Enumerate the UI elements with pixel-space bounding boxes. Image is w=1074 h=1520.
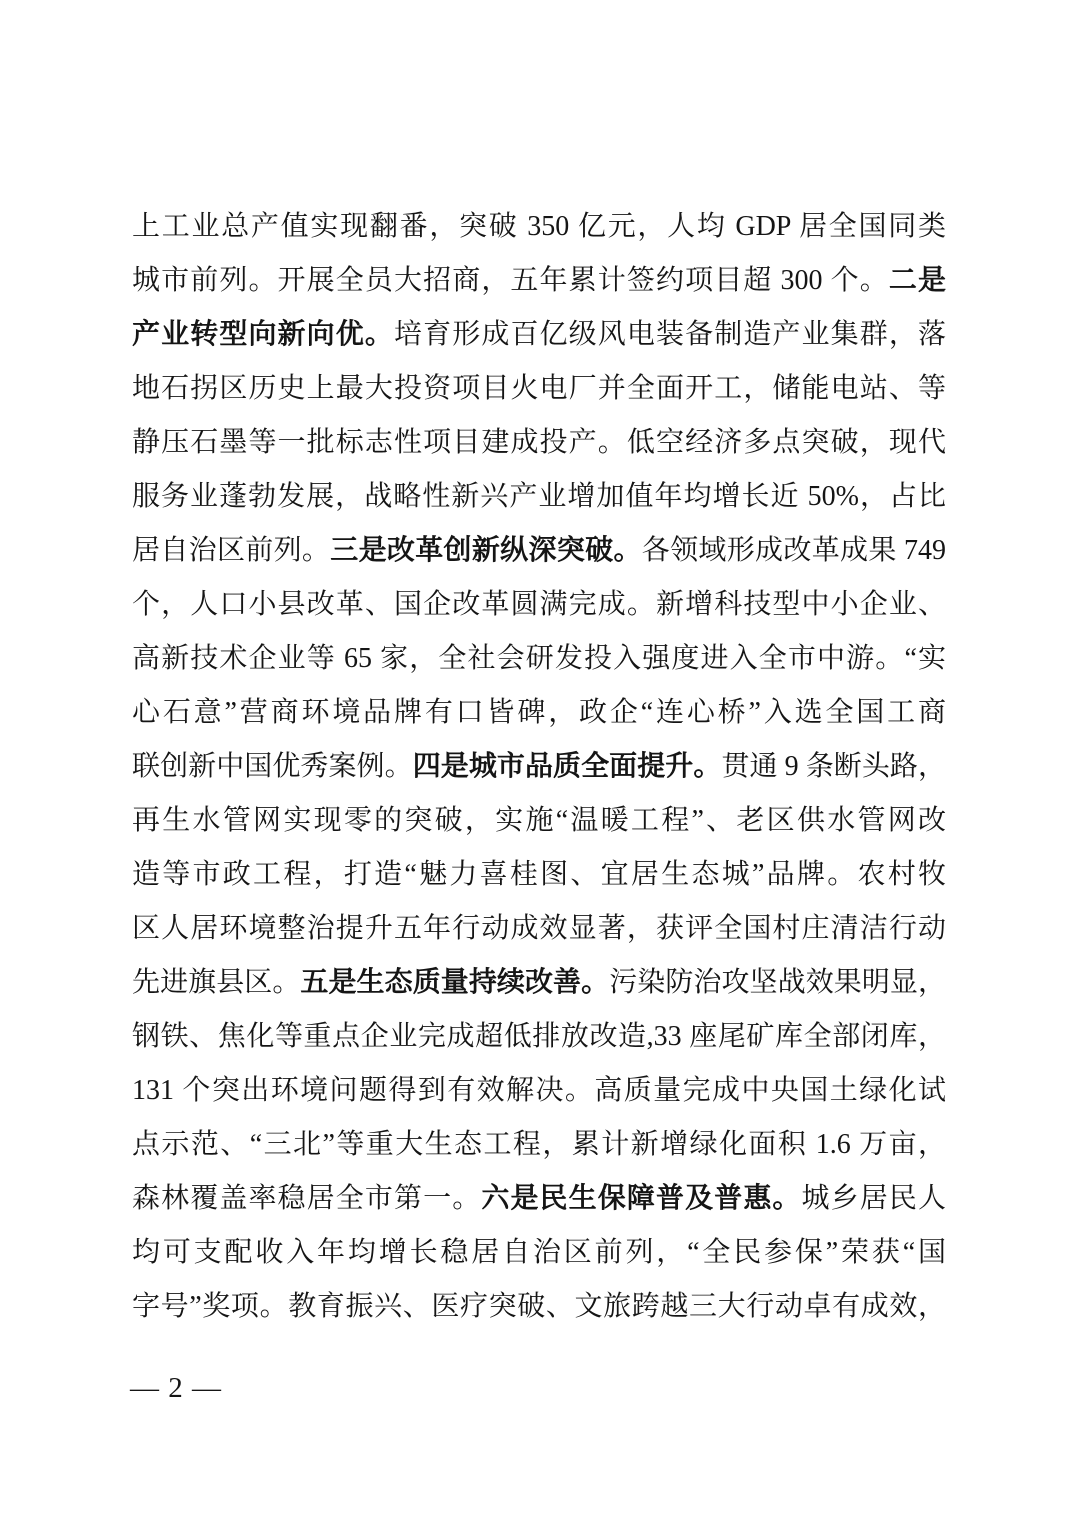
body-text: 均可支配收入年均增长稳居自治区前列，“全民参保”荣获“国 <box>132 1237 946 1268</box>
text-line: 高新技术企业等 65 家，全社会研发投入强度进入全市中游。“实 <box>132 632 946 686</box>
emphasis-text: 三是改革创新纵深突破。 <box>330 535 642 566</box>
text-line: 上工业总产值实现翻番，突破 350 亿元，人均 GDP 居全国同类 <box>132 200 946 254</box>
emphasis-text: 二是 <box>889 265 946 296</box>
body-text: 区人居环境整治提升五年行动成效显著，获评全国村庄清洁行动 <box>132 913 946 944</box>
text-line: 森林覆盖率稳居全市第一。六是民生保障普及普惠。城乡居民人 <box>132 1172 946 1226</box>
body-text: 居自治区前列。 <box>132 535 330 566</box>
text-line: 字号”奖项。教育振兴、医疗突破、文旅跨越三大行动卓有成效， <box>132 1280 946 1334</box>
text-line: 钢铁、焦化等重点企业完成超低排放改造,33 座尾矿库全部闭库， <box>132 1010 946 1064</box>
body-text: 造等市政工程，打造“魅力喜桂图、宜居生态城”品牌。农村牧 <box>132 859 946 890</box>
emphasis-text: 五是生态质量持续改善。 <box>300 967 609 998</box>
emphasis-text: 六是民生保障普及普惠。 <box>481 1183 801 1214</box>
text-line: 产业转型向新向优。培育形成百亿级风电装备制造产业集群，落 <box>132 308 946 362</box>
emphasis-text: 四是城市品质全面提升。 <box>413 751 722 782</box>
text-line: 点示范、“三北”等重大生态工程，累计新增绿化面积 1.6 万亩， <box>132 1118 946 1172</box>
body-text: 污染防治攻坚战效果明显， <box>609 967 946 998</box>
text-line: 个，人口小县改革、国企改革圆满完成。新增科技型中小企业、 <box>132 578 946 632</box>
text-line: 联创新中国优秀案例。四是城市品质全面提升。贯通 9 条断头路， <box>132 740 946 794</box>
body-text: 贯通 9 条断头路， <box>721 751 946 782</box>
body-text: 培育形成百亿级风电装备制造产业集群，落 <box>394 319 946 350</box>
body-text: 高新技术企业等 65 家，全社会研发投入强度进入全市中游。“实 <box>132 643 946 674</box>
text-line: 区人居环境整治提升五年行动成效显著，获评全国村庄清洁行动 <box>132 902 946 956</box>
body-text: 字号”奖项。教育振兴、医疗突破、文旅跨越三大行动卓有成效， <box>132 1291 946 1322</box>
body-text: 再生水管网实现零的突破，实施“温暖工程”、老区供水管网改 <box>132 805 946 836</box>
body-text: 钢铁、焦化等重点企业完成超低排放改造,33 座尾矿库全部闭库， <box>132 1021 946 1052</box>
body-text: 131 个突出环境问题得到有效解决。高质量完成中央国土绿化试 <box>132 1075 946 1106</box>
body-text: 联创新中国优秀案例。 <box>132 751 413 782</box>
body-text: 城市前列。开展全员大招商，五年累计签约项目超 300 个。 <box>132 265 889 296</box>
body-text: 城乡居民人 <box>802 1183 946 1214</box>
text-line: 静压石墨等一批标志性项目建成投产。低空经济多点突破，现代 <box>132 416 946 470</box>
body-text: 个，人口小县改革、国企改革圆满完成。新增科技型中小企业、 <box>132 589 946 620</box>
body-text: 各领域形成改革成果 749 <box>642 535 946 566</box>
body-text: 上工业总产值实现翻番，突破 350 亿元，人均 GDP 居全国同类 <box>132 211 946 242</box>
text-line: 造等市政工程，打造“魅力喜桂图、宜居生态城”品牌。农村牧 <box>132 848 946 902</box>
text-line: 先进旗县区。五是生态质量持续改善。污染防治攻坚战效果明显， <box>132 956 946 1010</box>
page-number: — 2 — <box>130 1372 222 1404</box>
text-line: 地石拐区历史上最大投资项目火电厂并全面开工，储能电站、等 <box>132 362 946 416</box>
body-text: 先进旗县区。 <box>132 967 300 998</box>
text-line: 再生水管网实现零的突破，实施“温暖工程”、老区供水管网改 <box>132 794 946 848</box>
body-text: 静压石墨等一批标志性项目建成投产。低空经济多点突破，现代 <box>132 427 946 458</box>
body-text: 点示范、“三北”等重大生态工程，累计新增绿化面积 1.6 万亩， <box>132 1129 946 1160</box>
text-line: 心石意”营商环境品牌有口皆碑，政企“连心桥”入选全国工商 <box>132 686 946 740</box>
emphasis-text: 产业转型向新向优。 <box>132 319 394 350</box>
body-text: 心石意”营商环境品牌有口皆碑，政企“连心桥”入选全国工商 <box>132 697 946 728</box>
body-text: 森林覆盖率稳居全市第一。 <box>132 1183 481 1214</box>
text-line: 服务业蓬勃发展，战略性新兴产业增加值年均增长近 50%，占比 <box>132 470 946 524</box>
document-page: 上工业总产值实现翻番，突破 350 亿元，人均 GDP 居全国同类城市前列。开展… <box>0 0 1074 1520</box>
text-line: 城市前列。开展全员大招商，五年累计签约项目超 300 个。二是 <box>132 254 946 308</box>
text-line: 131 个突出环境问题得到有效解决。高质量完成中央国土绿化试 <box>132 1064 946 1118</box>
body-text: 服务业蓬勃发展，战略性新兴产业增加值年均增长近 50%，占比 <box>132 481 946 512</box>
document-body: 上工业总产值实现翻番，突破 350 亿元，人均 GDP 居全国同类城市前列。开展… <box>132 200 946 1334</box>
text-line: 均可支配收入年均增长稳居自治区前列，“全民参保”荣获“国 <box>132 1226 946 1280</box>
body-text: 地石拐区历史上最大投资项目火电厂并全面开工，储能电站、等 <box>132 373 946 404</box>
text-line: 居自治区前列。三是改革创新纵深突破。各领域形成改革成果 749 <box>132 524 946 578</box>
